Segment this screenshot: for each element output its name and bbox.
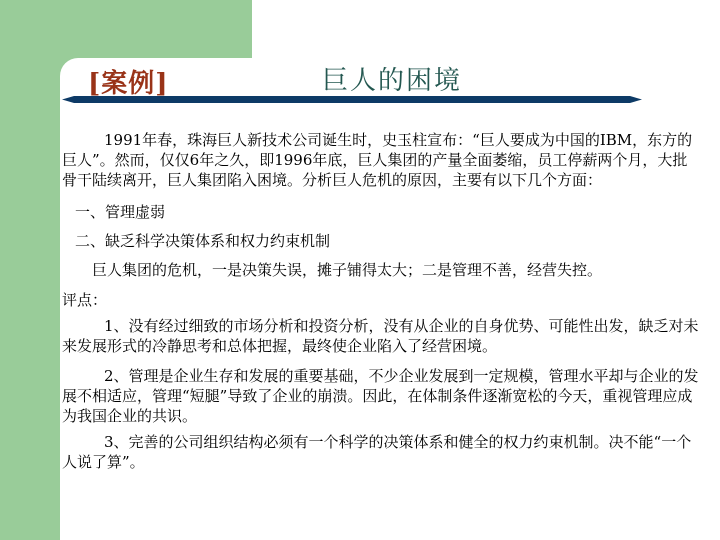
list-item-one: 一、管理虚弱	[62, 202, 702, 222]
slide-canvas: { "slide": { "case_label": "[案例]", "titl…	[0, 0, 720, 540]
crisis-summary-paragraph: 巨人集团的危机，一是决策失误，摊子铺得太大；二是管理不善，经营失控。	[62, 260, 702, 280]
slide-body: 1991年春，珠海巨人新技术公司诞生时，史玉柱宣布：“巨人要成为中国的IBM，东…	[62, 130, 702, 472]
intro-paragraph: 1991年春，珠海巨人新技术公司诞生时，史玉柱宣布：“巨人要成为中国的IBM，东…	[62, 130, 702, 190]
case-label: [案例]	[88, 63, 169, 100]
comment-paragraph-2: 2、管理是企业生存和发展的重要基础，不少企业发展到一定规模，管理水平却与企业的发…	[62, 366, 702, 426]
title-divider-line	[62, 96, 642, 103]
comments-heading: 评点：	[62, 290, 702, 310]
slide-title: 巨人的困境	[322, 60, 462, 97]
top-right-background-block	[252, 0, 720, 58]
list-item-two: 二、缺乏科学决策体系和权力约束机制	[62, 231, 702, 251]
comment-paragraph-3: 3、完善的公司组织结构必须有一个科学的决策体系和健全的权力约束机制。决不能“一个…	[62, 432, 702, 472]
comment-paragraph-1: 1、没有经过细致的市场分析和投资分析，没有从企业的自身优势、可能性出发，缺乏对未…	[62, 316, 702, 356]
